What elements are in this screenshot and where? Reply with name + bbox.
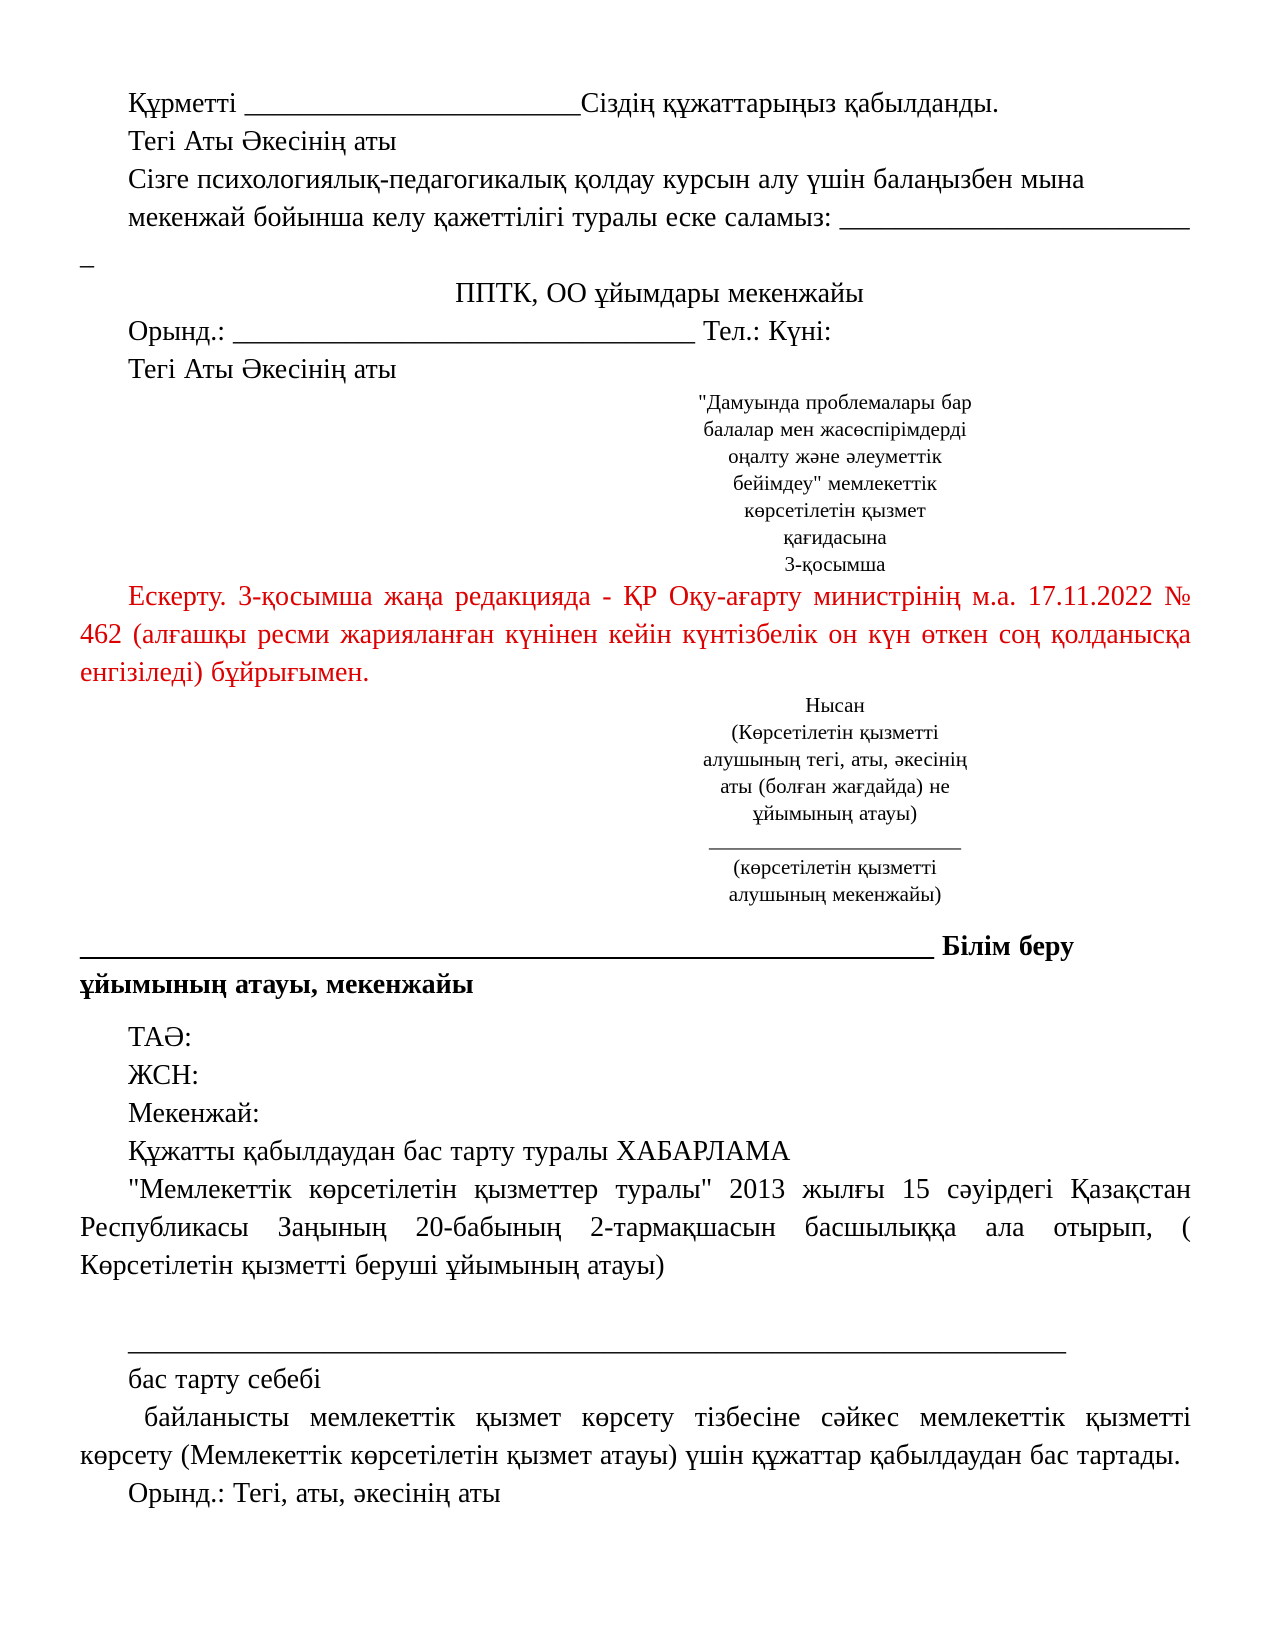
- education-org-line: ________________________________________…: [80, 928, 1191, 1004]
- executor-line: Орынд.: ________________________________…: [128, 313, 1191, 351]
- refusal-paragraph: байланысты мемлекеттік қызмет көрсету ті…: [80, 1399, 1191, 1475]
- greeting-line: Құрметті ________________________Сіздің …: [128, 85, 1191, 123]
- fio-line-2: Тегі Аты Әкесінің аты: [128, 351, 1191, 389]
- pptk-heading: ППТК, ОО ұйымдары мекенжайы: [80, 275, 1191, 313]
- executor-fio-line: Орынд.: Тегі, аты, әкесінің аты: [128, 1475, 1191, 1513]
- reminder-paragraph: Сізге психологиялық-педагогикалық қолдау…: [128, 161, 1191, 237]
- spacer: [80, 1004, 1191, 1019]
- refusal-reason-label: бас тарту себебі: [128, 1361, 1191, 1399]
- form-aside: Нысан (Көрсетілетін қызметті алушының те…: [625, 692, 1045, 908]
- notification-title: Құжатты қабылдаудан бас тарту туралы ХАБ…: [128, 1133, 1191, 1171]
- rule-reference-aside: "Дамуында проблемалары бар балалар мен ж…: [625, 389, 1045, 578]
- fio-field: ТАӘ:: [128, 1019, 1191, 1057]
- document-page: { "page": { "language": "kk", "colors": …: [0, 0, 1275, 1650]
- law-paragraph: "Мемлекеттік көрсетілетін қызметтер тура…: [80, 1171, 1191, 1285]
- fio-line: Тегі Аты Әкесінің аты: [128, 123, 1191, 161]
- spacer: [80, 1285, 1191, 1323]
- iin-field: ЖСН:: [128, 1057, 1191, 1095]
- refusal-blank-line: ________________________________________…: [80, 1323, 1191, 1361]
- spacer: [80, 908, 1191, 928]
- address-field: Мекенжай:: [128, 1095, 1191, 1133]
- underline-wrap-line: _: [80, 237, 1191, 275]
- document-body: Құрметті ________________________Сіздің …: [80, 85, 1191, 1513]
- amendment-note: Ескерту. 3-қосымша жаңа редакцияда - ҚР …: [80, 578, 1191, 692]
